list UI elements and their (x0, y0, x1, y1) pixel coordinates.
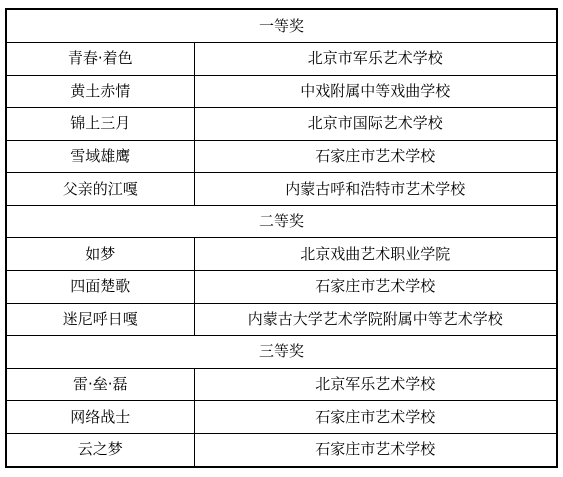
section-header-third-prize: 三等奖 (6, 336, 557, 369)
work-cell: 四面楚歌 (6, 271, 194, 304)
section-header-second-prize: 二等奖 (6, 205, 557, 238)
school-cell: 石家庄市艺术学校 (194, 271, 557, 304)
section-header-row: 二等奖 (6, 205, 557, 238)
table-row: 云之梦 石家庄市艺术学校 (6, 433, 557, 467)
work-cell: 锦上三月 (6, 108, 194, 141)
table-row: 雪域雄鹰 石家庄市艺术学校 (6, 140, 557, 173)
work-cell: 青春·着色 (6, 43, 194, 76)
section-header-first-prize: 一等奖 (6, 9, 557, 43)
table-row: 青春·着色 北京市军乐艺术学校 (6, 43, 557, 76)
work-cell: 如梦 (6, 238, 194, 271)
table-row: 锦上三月 北京市国际艺术学校 (6, 108, 557, 141)
school-cell: 北京戏曲艺术职业学院 (194, 238, 557, 271)
table-row: 黄土赤情 中戏附属中等戏曲学校 (6, 75, 557, 108)
section-header-row: 三等奖 (6, 336, 557, 369)
work-cell: 雪域雄鹰 (6, 140, 194, 173)
work-cell: 云之梦 (6, 433, 194, 467)
school-cell: 石家庄市艺术学校 (194, 140, 557, 173)
table-row: 迷尼呼日嘎 内蒙古大学艺术学院附属中等艺术学校 (6, 303, 557, 336)
table-row: 如梦 北京戏曲艺术职业学院 (6, 238, 557, 271)
table-row: 父亲的江嘎 内蒙古呼和浩特市艺术学校 (6, 173, 557, 206)
work-cell: 黄土赤情 (6, 75, 194, 108)
school-cell: 内蒙古大学艺术学院附属中等艺术学校 (194, 303, 557, 336)
school-cell: 中戏附属中等戏曲学校 (194, 75, 557, 108)
school-cell: 北京军乐艺术学校 (194, 368, 557, 401)
table-row: 雷·垒·磊 北京军乐艺术学校 (6, 368, 557, 401)
work-cell: 雷·垒·磊 (6, 368, 194, 401)
section-header-row: 一等奖 (6, 9, 557, 43)
school-cell: 北京市军乐艺术学校 (194, 43, 557, 76)
school-cell: 石家庄市艺术学校 (194, 433, 557, 467)
school-cell: 北京市国际艺术学校 (194, 108, 557, 141)
table-row: 网络战士 石家庄市艺术学校 (6, 401, 557, 434)
awards-table: 一等奖 青春·着色 北京市军乐艺术学校 黄土赤情 中戏附属中等戏曲学校 锦上三月… (5, 8, 558, 468)
work-cell: 迷尼呼日嘎 (6, 303, 194, 336)
work-cell: 父亲的江嘎 (6, 173, 194, 206)
work-cell: 网络战士 (6, 401, 194, 434)
school-cell: 石家庄市艺术学校 (194, 401, 557, 434)
school-cell: 内蒙古呼和浩特市艺术学校 (194, 173, 557, 206)
table-row: 四面楚歌 石家庄市艺术学校 (6, 271, 557, 304)
